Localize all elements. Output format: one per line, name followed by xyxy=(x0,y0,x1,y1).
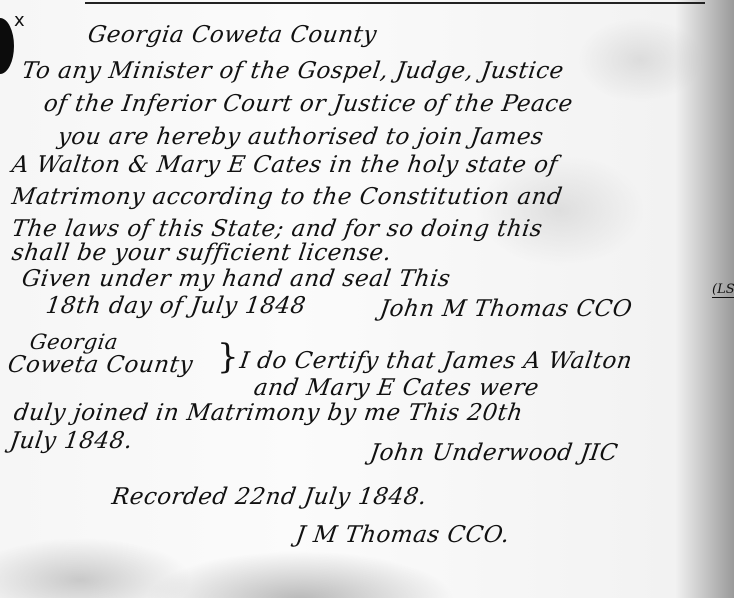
license-line-5: Matrimony according to the Constitution … xyxy=(10,184,564,210)
recording-signature: J M Thomas CCO. xyxy=(294,522,511,548)
license-line-6: The laws of this State; and for so doing… xyxy=(10,216,544,242)
certificate-line-2: and Mary E Cates were xyxy=(252,375,541,401)
license-line-3: you are hereby authorised to join James xyxy=(56,124,545,150)
license-line-2: of the Inferior Court or Justice of the … xyxy=(42,91,574,117)
seal-mark: (LS) xyxy=(712,282,734,298)
license-date: 18th day of July 1848 xyxy=(44,293,307,319)
certificate-line-4: July 1848. xyxy=(8,428,134,454)
license-line-8: Given under my hand and seal This xyxy=(20,266,452,292)
license-signature: John M Thomas CCO xyxy=(378,296,634,322)
certificate-line-3: duly joined in Matrimony by me This 20th xyxy=(12,400,524,426)
margin-mark: x xyxy=(14,10,25,31)
certificate-line-1: I do Certify that James A Walton xyxy=(238,348,634,374)
bracket-icon: } xyxy=(217,340,239,374)
certificate-state: Georgia xyxy=(28,330,119,354)
license-line-7: shall be your sufficient license. xyxy=(10,240,393,266)
license-line-4: A Walton & Mary E Cates in the holy stat… xyxy=(10,152,559,178)
recorded-line: Recorded 22nd July 1848. xyxy=(110,484,428,510)
binding-hole xyxy=(0,18,14,74)
license-heading: Georgia Coweta County xyxy=(86,22,378,48)
document-scan: x Georgia Coweta County To any Minister … xyxy=(0,0,734,598)
license-line-1: To any Minister of the Gospel, Judge, Ju… xyxy=(20,58,565,84)
certificate-county: Coweta County xyxy=(6,352,194,378)
top-rule xyxy=(85,2,705,4)
certificate-signature: John Underwood JIC xyxy=(368,440,620,466)
